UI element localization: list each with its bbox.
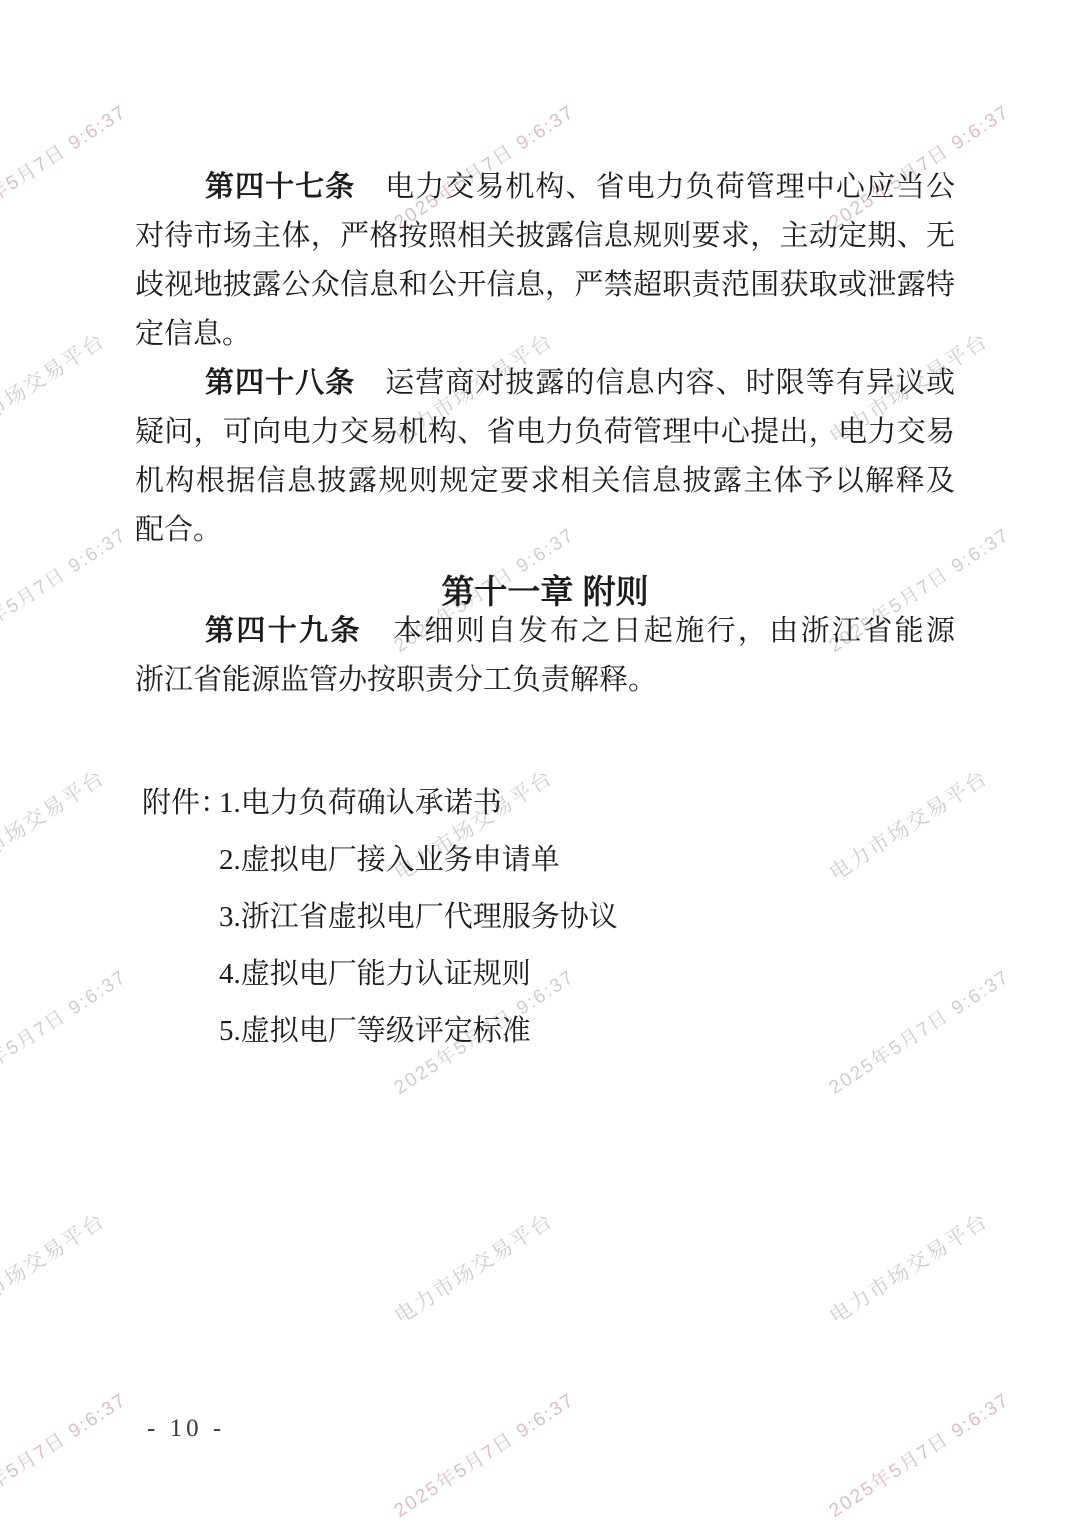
article-block: 第四十九条 本细则自发布之日起施行，由浙江省能源局、 浙江省能源监管办按职责分工… [135, 607, 955, 705]
attachment-item: 5.虚拟电厂等级评定标准 [142, 1003, 902, 1060]
watermark-platform: 电力市场交易平台 [823, 1205, 994, 1330]
attachments-label: 附件： [142, 775, 219, 832]
attachment-item: 4.虚拟电厂能力认证规则 [142, 946, 902, 1003]
watermark-platform: 电力市场交易平台 [0, 762, 111, 887]
article-number: 第四十七条 [205, 171, 355, 203]
text-line: 对待市场主体，严格按照相关披露信息规则要求，主动定期、无 [135, 212, 955, 261]
text-line: 机构根据信息披露规则规定要求相关信息披露主体予以解释及 [135, 457, 955, 506]
text-line: 浙江省能源监管办按职责分工负责解释。 [135, 656, 955, 705]
text-line: 配合。 [135, 506, 955, 555]
watermark-platform: 电力市场交易平台 [0, 1205, 111, 1330]
text-line: 疑问，可向电力交易机构、省电力负荷管理中心提出，电力交易 [135, 408, 955, 457]
watermark-platform: 电力市场交易平台 [388, 1205, 559, 1330]
text-line: 歧视地披露公众信息和公开信息，严禁超职责范围获取或泄露特 [135, 261, 955, 310]
text-line: 定信息。 [135, 310, 955, 359]
watermark-timestamp: 2025年5月7日 9:6:37 [0, 962, 131, 1099]
text-line: 第四十九条 本细则自发布之日起施行，由浙江省能源局、 [135, 607, 955, 656]
attachments-list: 附件：1.电力负荷确认承诺书 2.虚拟电厂接入业务申请单 3.浙江省虚拟电厂代理… [142, 775, 902, 1060]
article-number: 第四十九条 [205, 615, 362, 647]
article-block: 第四十七条 电力交易机构、省电力负荷管理中心应当公平 对待市场主体，严格按照相关… [135, 163, 955, 555]
watermark-timestamp: 2025年5月7日 9:6:37 [0, 520, 131, 657]
article-number: 第四十八条 [205, 367, 355, 399]
document-page: 2025年5月7日 9:6:372025年5月7日 9:6:372025年5月7… [0, 0, 1080, 1527]
attachment-item: 2.虚拟电厂接入业务申请单 [142, 832, 902, 889]
attachment-item: 3.浙江省虚拟电厂代理服务协议 [142, 889, 902, 946]
watermark-timestamp: 2025年5月7日 9:6:37 [823, 1385, 1014, 1522]
watermark-timestamp: 2025年5月7日 9:6:37 [0, 97, 131, 234]
watermark-platform: 电力市场交易平台 [0, 325, 111, 450]
attachment-item: 附件：1.电力负荷确认承诺书 [142, 775, 902, 832]
text-line: 第四十七条 电力交易机构、省电力负荷管理中心应当公平 [135, 163, 955, 212]
text-line: 第四十八条 运营商对披露的信息内容、时限等有异议或者 [135, 359, 955, 408]
watermark-timestamp: 2025年5月7日 9:6:37 [388, 1385, 579, 1522]
attachment-item-text: 1.电力负荷确认承诺书 [219, 787, 502, 819]
watermark-timestamp: 2025年5月7日 9:6:37 [0, 1385, 131, 1522]
page-number: - 10 - [147, 1414, 225, 1444]
